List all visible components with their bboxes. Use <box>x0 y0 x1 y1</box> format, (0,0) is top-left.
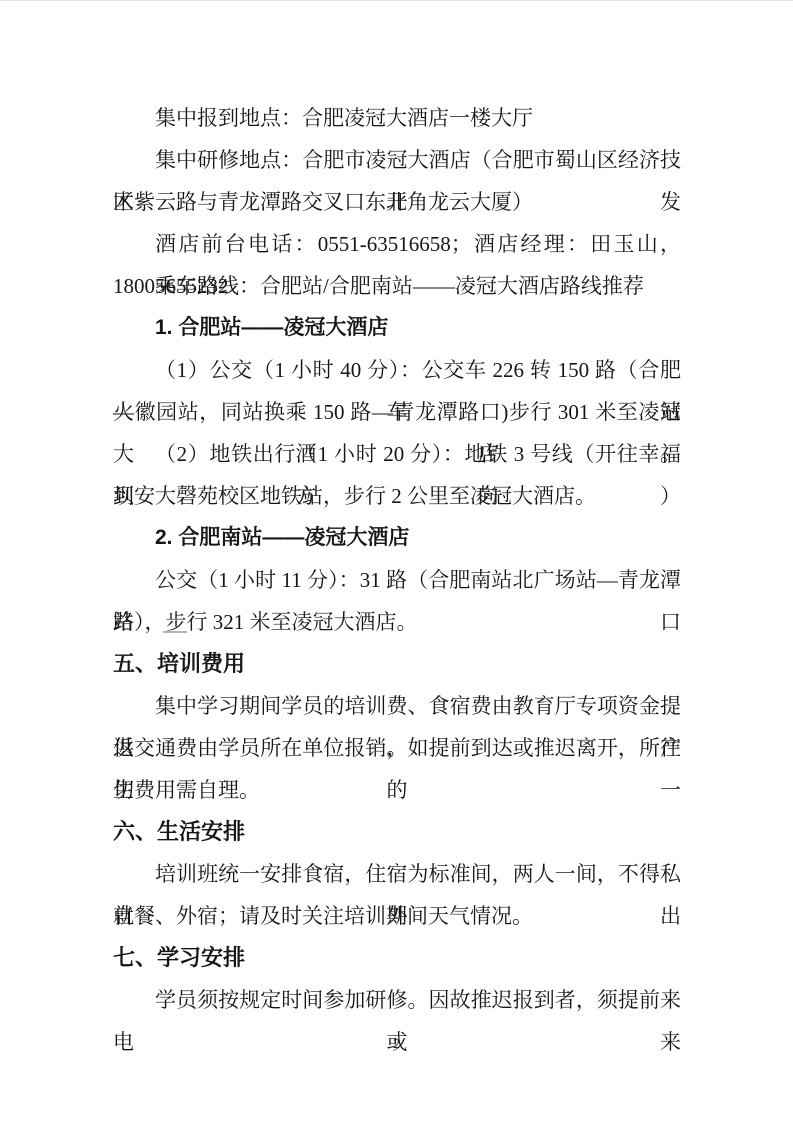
subheading-route-hefei-south-station: 2. 合肥南站——凌冠大酒店 <box>113 517 681 559</box>
line-fees-2: 返交通费由学员所在单位报销。如提前到达或推迟离开，所产生的一 <box>113 727 681 769</box>
line-study-1: 学员须按规定时间参加研修。因故推迟报到者，须提前来电或来 <box>113 979 681 1021</box>
line-bus-option-2: —徽园站，同站换乘 150 路—青龙潭路口)步行 301 米至凌冠大酒店。 <box>113 391 681 433</box>
page-number: 2 <box>0 1035 793 1055</box>
line-hotel-phone: 酒店前台电话：0551-63516658；酒店经理：田玉山，1800565523… <box>113 223 681 265</box>
stray-underline-mark <box>163 631 187 633</box>
line-fees-1: 集中学习期间学员的培训费、食宿费由教育厅专项资金提供，往 <box>113 685 681 727</box>
document-page: 集中报到地点：合肥凌冠大酒店一楼大厅 集中研修地点：合肥市凌冠大酒店（合肥市蜀山… <box>0 0 793 1122</box>
line-metro-option-2: 到安大磬苑校区地铁站，步行 2 公里至凌冠大酒店。 <box>113 475 681 517</box>
heading-section-5-training-fees: 五、培训费用 <box>113 643 681 685</box>
document-body: 集中报到地点：合肥凌冠大酒店一楼大厅 集中研修地点：合肥市凌冠大酒店（合肥市蜀山… <box>113 97 681 1021</box>
line-checkin-location: 集中报到地点：合肥凌冠大酒店一楼大厅 <box>113 97 681 139</box>
line-living-1: 培训班统一安排食宿，住宿为标准间，两人一间，不得私自外出 <box>113 853 681 895</box>
line-south-bus-1: 公交（1 小时 11 分）：31 路（合肥南站北广场站—青龙潭路口 <box>113 559 681 601</box>
heading-section-6-living-arrangements: 六、生活安排 <box>113 811 681 853</box>
line-route-intro: 乘车路线：合肥站/合肥南站——凌冠大酒店路线推荐 <box>113 265 681 307</box>
line-bus-option-1: （1）公交（1 小时 40 分）：公交车 226 转 150 路（合肥火车站 <box>113 349 681 391</box>
line-study-venue-1: 集中研修地点：合肥市凌冠大酒店（合肥市蜀山区经济技术开发 <box>113 139 681 181</box>
heading-section-7-study-arrangements: 七、学习安排 <box>113 937 681 979</box>
line-metro-option-1: （2）地铁出行（1 小时 20 分）：地铁 3 号线（开往幸福坝方向） <box>113 433 681 475</box>
subheading-route-hefei-station: 1. 合肥站——凌冠大酒店 <box>113 307 681 349</box>
